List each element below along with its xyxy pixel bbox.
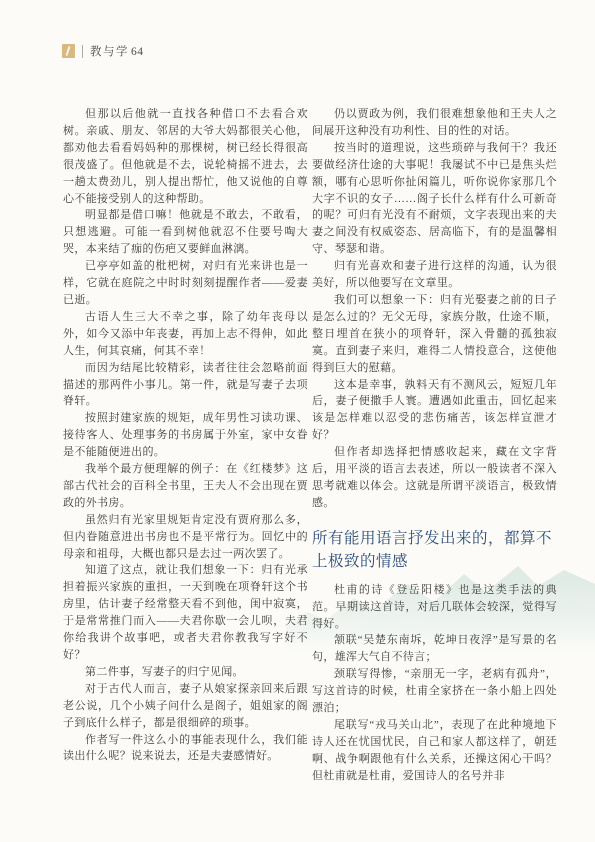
journal-logo-icon [62, 44, 75, 58]
paragraph: 作者写一件这么小的事能表现什么，我们能读出什么呢？说来说去，还是夫妻感情好。 [63, 732, 308, 766]
paragraph: 仍以贾政为例，我们很难想象他和王夫人之间展开这种没有功利性、目的性的对话。 [312, 106, 557, 140]
paragraph: 对于古代人而言，妻子从娘家探亲回来后跟老公说，几个小姨子问什么是阁子，姐姐家的阁… [63, 681, 308, 732]
journal-name: 教与学 [90, 46, 129, 58]
journal-title: 教与学64 [90, 43, 144, 59]
paragraph: 而因为结尾比较精彩，读者往往会忽略前面描述的那两件小事儿。第一件，就是写妻子去项… [63, 360, 308, 411]
left-text-column: 但那以后他就一直找各种借口不去看合欢树。亲戚、朋友、邻居的大爷大妈都很关心他，都… [63, 106, 308, 765]
paragraph: 我举个最方便理解的例子：在《红楼梦》这部古代社会的百科全书里，王夫人不会出现在贾… [63, 461, 308, 512]
header-divider [82, 45, 83, 58]
paragraph: 尾联写“戎马关山北”，表现了在此种境地下诗人还在忧国忧民，自己和家人都这样了，朝… [312, 717, 557, 785]
paragraph: 这本是幸事，孰料天有不测风云，短短几年后，妻子便撒手人寰。遭遇如此重击，回忆起来… [312, 377, 557, 445]
paragraph: 我们可以想象一下：归有光娶妻之前的日子是怎么过的？无父无母，家族分散，仕途不顺，… [312, 292, 557, 377]
paragraph: 虽然归有光家里规矩肯定没有贾府那么多，但内眷随意进出书房也不是平常行为。回忆中的… [63, 512, 308, 563]
paragraph: 古语人生三大不幸之事，除了幼年丧母以外，如今又添中年丧妻，再加上志不得伸，如此人… [63, 309, 308, 360]
section-heading: 所有能用语言抒发出来的，都算不上极致的情感 [312, 527, 557, 573]
paragraph: 但那以后他就一直找各种借口不去看合欢树。亲戚、朋友、邻居的大爷大妈都很关心他，都… [63, 106, 308, 207]
paragraph: 归有光喜欢和妻子进行这样的沟通，认为很美好，所以他要写在文章里。 [312, 258, 557, 292]
page-number: 64 [131, 46, 144, 58]
paragraph: 知道了这点，就让我们想象一下：归有光承担着振兴家族的重担，一天到晚在项脊轩这个书… [63, 562, 308, 663]
page-header: 教与学64 [62, 43, 144, 59]
paragraph: 第二件事，写妻子的归宁见闻。 [63, 664, 308, 681]
magazine-page: 教与学64 但那以后他就一直找各种借口不去看合欢树。亲戚、朋友、邻居的大爷大妈都… [0, 0, 595, 842]
paragraph: 但作者却选择把情感收起来，藏在文字背后，用平淡的语言去表述，所以一般读者不深入思… [312, 444, 557, 512]
paragraph: 明显都是借口嘛！他就是不敢去，不敢看，只想逃避。可能一看到树他就忍不住要号啕大哭… [63, 207, 308, 258]
paragraph: 颈联写得惨，“亲朋无一字，老病有孤舟”，写这首诗的时候，杜甫全家挤在一条小船上四… [312, 666, 557, 717]
paragraph: 按当时的道理说，这些琐碎与我何干？我还要做经济仕途的大事呢！我屡试不中已是焦头烂… [312, 140, 557, 258]
paragraph: 颔联“吴楚东南坼，乾坤日夜浮”是写景的名句，雄浑大气自不待言； [312, 632, 557, 666]
paragraph: 已亭亭如盖的枇杷树，对归有光来讲也是一样，它就在庭院之中时时刻刻提醒作者——爱妻… [63, 258, 308, 309]
right-text-column: 仍以贾政为例，我们很难想象他和王夫人之间展开这种没有功利性、目的性的对话。 按当… [312, 106, 557, 785]
paragraph: 按照封建家族的规矩，成年男性习读功课、接待客人、处理事务的书房属于外室，家中女眷… [63, 410, 308, 461]
paragraph: 杜甫的诗《登岳阳楼》也是这类手法的典范。早期读这首诗，对后几联体会较深，觉得写得… [312, 582, 557, 633]
